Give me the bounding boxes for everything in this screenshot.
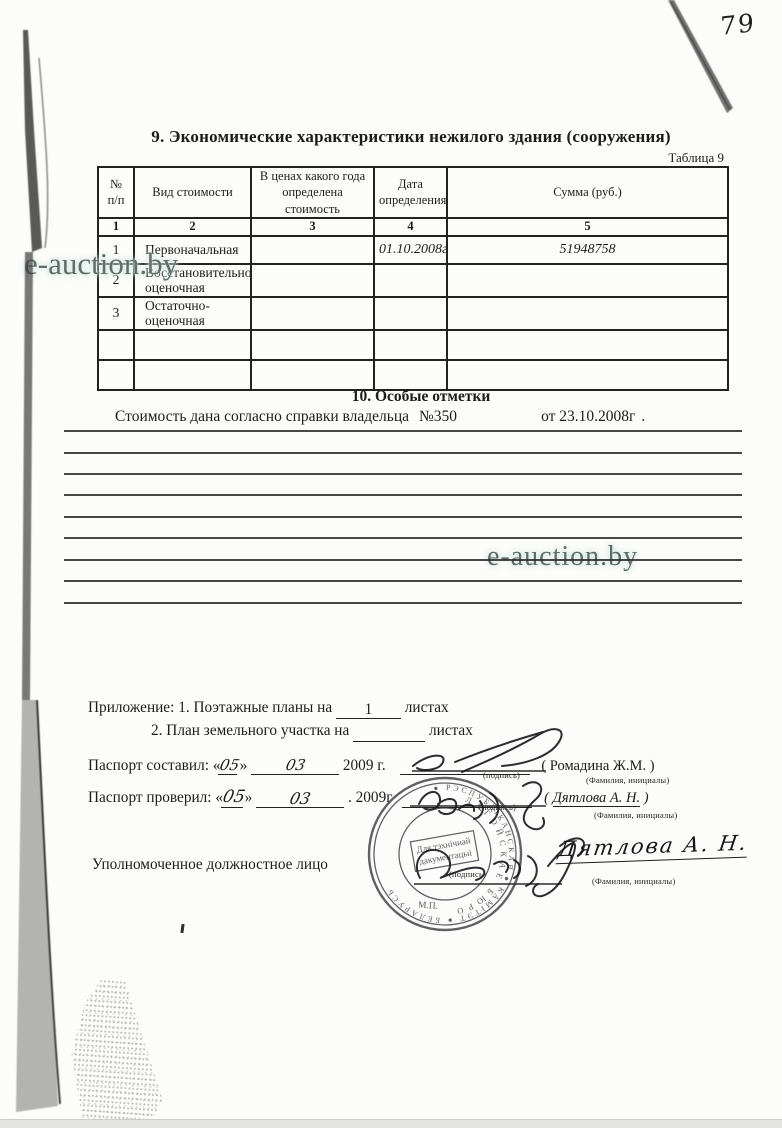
attachment1-text: 1. Поэтажные планы на [178, 699, 332, 716]
header-kind: Вид стоимости [134, 167, 251, 218]
table-caption: Таблица 9 [668, 150, 724, 166]
cell-num: 3 [98, 297, 134, 330]
cell-sum: 51948758 [447, 236, 728, 264]
ruled-line [64, 430, 742, 432]
stamp-mp-text: М.П. [418, 901, 439, 912]
colnum-5: 5 [447, 218, 728, 236]
scanned-document-page: 9. Экономические характеристики нежилого… [0, 0, 782, 1128]
checked-month-blank: 03 [256, 790, 344, 808]
cell-kind [134, 360, 251, 390]
cell-year [251, 360, 374, 390]
quote-close: » [240, 757, 248, 774]
cell-num [98, 330, 134, 360]
column-number-row: 1 2 3 4 5 [98, 218, 728, 236]
name-caption: (Фамилия, инициалы) [594, 810, 677, 820]
name-caption: (Фамилия, инициалы) [586, 775, 669, 785]
watermark-eauction-left: e-auction.by [24, 246, 178, 282]
watermark-eauction-middle: e-auction.by [487, 541, 638, 573]
header-year: В ценах какого года определена стоимость [251, 167, 374, 218]
checked-day-handwritten: 05 [221, 787, 247, 808]
cell-date: 01.10.2008г [374, 236, 447, 264]
attachment1-count-blank: 1 [336, 701, 401, 719]
composed-name: ( Ромадина Ж.М. ) [541, 758, 654, 774]
composed-year: 2009 г. [343, 757, 386, 774]
official-name-handwritten: Дятлова А. Н. [556, 831, 751, 865]
cell-year [251, 330, 374, 360]
table-row: 1 Первоначальная 01.10.2008г 51948758 [98, 236, 728, 264]
signature-caption: (подпись) [483, 770, 520, 780]
colnum-4: 4 [374, 218, 447, 236]
ruled-line [64, 452, 742, 454]
cell-date [374, 360, 447, 390]
table-row [98, 330, 728, 360]
cell-sum [447, 360, 728, 390]
cell-kind: Остаточно-оценочная [134, 297, 251, 330]
cell-year [251, 264, 374, 297]
attachment1-units: листах [405, 699, 449, 716]
scanner-bed-edge [0, 1119, 782, 1128]
checked-month-handwritten: 03 [288, 790, 312, 807]
attachment1-count: 1 [365, 701, 373, 718]
official-label: Уполномоченное должностное лицо [92, 856, 328, 874]
special-notes-text: Стоимость дана согласно справки владельц… [115, 408, 645, 426]
passport-composed-row: Паспорт составил: «05» 03 2009 г. ( Рома… [88, 756, 655, 775]
paren-close: ) [644, 790, 649, 806]
attachment-line-1: Приложение: 1. Поэтажные планы на 1 лист… [88, 696, 473, 719]
stamp-center-line2: дакументацыі [419, 847, 474, 866]
cell-num [98, 360, 134, 390]
ruled-line [64, 473, 742, 475]
section10-title: 10. Особые отметки [60, 388, 782, 406]
cell-sum [447, 330, 728, 360]
checked-year: . 2009г [348, 789, 393, 806]
section9-title: 9. Экономические характеристики нежилого… [60, 127, 762, 147]
ruled-line [64, 602, 742, 604]
checked-name: ( Дятлова А. Н. ) [544, 790, 648, 806]
note-period: . [641, 408, 645, 425]
table-header-row: № п/п Вид стоимости В ценах какого года … [98, 167, 728, 218]
header-sum: Сумма (руб.) [447, 167, 728, 218]
stamp-inner-ring [392, 801, 499, 908]
colnum-1: 1 [98, 218, 134, 236]
cell-date [374, 297, 447, 330]
cell-year [251, 297, 374, 330]
cell-year [251, 236, 374, 264]
ruled-line [64, 516, 742, 518]
table-row: 2 Восстановительно- оценочная [98, 264, 728, 297]
stamp-center-box [410, 831, 478, 872]
paren-open: ( [544, 790, 549, 806]
cell-sum [447, 264, 728, 297]
ink-signatures [413, 729, 584, 896]
composed-month-handwritten: 03 [284, 757, 307, 774]
ruled-line [64, 580, 742, 582]
name-caption: (Фамилия, инициалы) [592, 876, 675, 886]
cell-sum [447, 297, 728, 330]
ruled-line [64, 494, 742, 496]
note-date: от 23.10.2008г [541, 408, 635, 425]
signature-caption: (подпись) [479, 802, 516, 812]
cell-date [374, 264, 447, 297]
header-date: Дата определения [374, 167, 447, 218]
economic-characteristics-table: № п/п Вид стоимости В ценах какого года … [97, 166, 729, 391]
signature-caption: (подпись) [449, 869, 486, 879]
header-num: № п/п [98, 167, 134, 218]
cell-date [374, 330, 447, 360]
ruled-line [64, 559, 742, 561]
composed-label: Паспорт составил: [88, 757, 209, 774]
table-row: 3 Остаточно-оценочная [98, 297, 728, 330]
checked-label: Паспорт проверил: [88, 789, 212, 806]
attachment-line-2: 2. План земельного участка на листах [151, 719, 473, 742]
composed-day-handwritten: 05 [218, 756, 241, 775]
passport-checked-row: Паспорт проверил: «05» 03 . 2009г ( Дятл… [88, 787, 649, 808]
attachment2-units: листах [429, 722, 473, 739]
signature-official [417, 850, 537, 886]
handwritten-page-number: 79 [720, 8, 756, 41]
note-text: Стоимость дана согласно справки владельц… [115, 408, 409, 425]
scan-speck [180, 924, 184, 933]
scan-artifact-left-edge [16, 30, 60, 1112]
attachments-block: Приложение: 1. Поэтажные планы на 1 лист… [88, 696, 473, 742]
table-row [98, 360, 728, 390]
attachments-label: Приложение: [88, 699, 174, 716]
ruled-line [64, 537, 742, 539]
stamp-center-line1: Для тэхнічнай [416, 835, 472, 854]
note-ref: №350 [419, 408, 457, 425]
composed-month-blank: 03 [251, 757, 339, 775]
attachment2-count-blank [353, 724, 425, 742]
colnum-2: 2 [134, 218, 251, 236]
colnum-3: 3 [251, 218, 374, 236]
checked-name-text: Дятлова А. Н. [553, 790, 640, 807]
scan-noise-blob [65, 977, 171, 1125]
cell-kind [134, 330, 251, 360]
attachment2-text: 2. План земельного участка на [151, 722, 349, 739]
